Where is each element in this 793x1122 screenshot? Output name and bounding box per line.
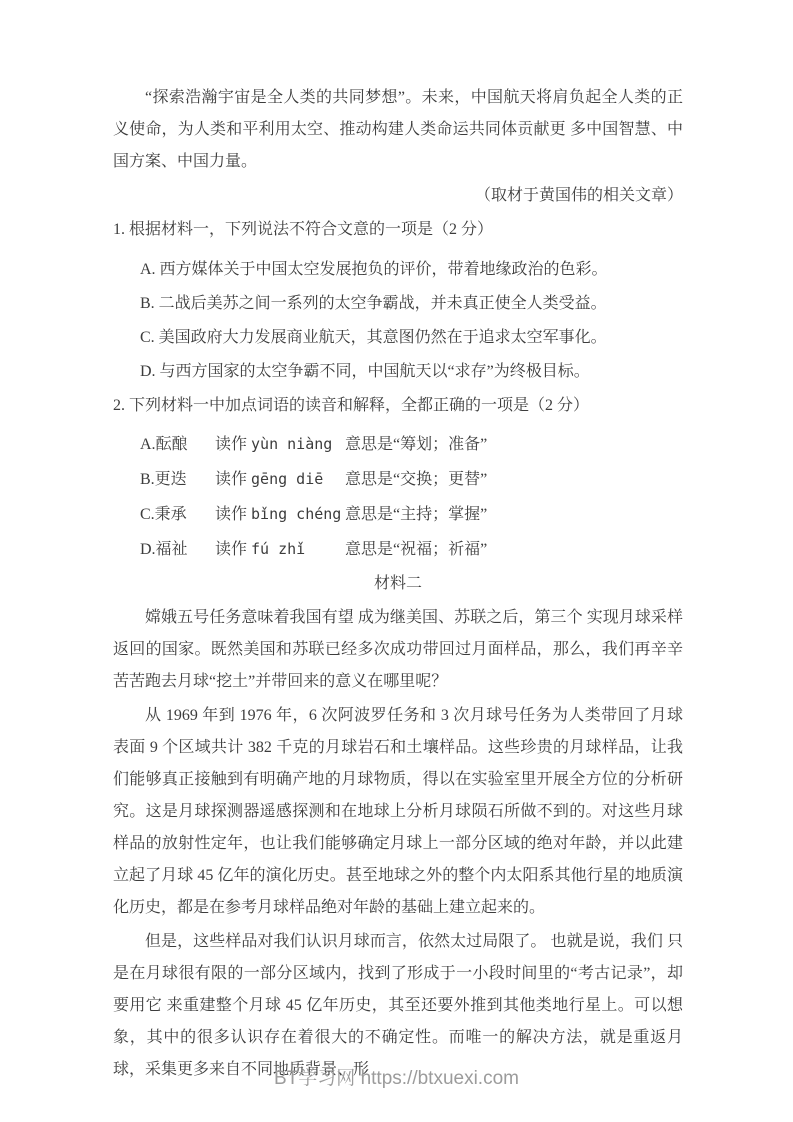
option-reading: 读作 gēng diē: [215, 463, 345, 496]
question-2-options: A.酝酿读作 yùn niàng意思是“筹划；准备” B.更迭读作 gēng d…: [113, 428, 683, 566]
option-word: D.福祉: [140, 534, 215, 566]
question-1-option-c: C. 美国政府大力发展商业航天，其意图仍然在于追求太空军事化。: [113, 322, 683, 354]
option-pinyin: yùn niàng: [251, 435, 332, 453]
document-body: “探索浩瀚宇宙是全人类的共同梦想”。未来，中国航天将肩负起全人类的正义使命，为人…: [113, 82, 683, 1086]
question-2-option-d: D.福祉读作 fú zhǐ意思是“祝福；祈福”: [113, 533, 683, 566]
option-reading: 读作 fú zhǐ: [215, 533, 345, 566]
question-1-option-d: D. 与西方国家的太空争霸不同，中国航天以“求存”为终极目标。: [113, 356, 683, 388]
option-pinyin: fú zhǐ: [251, 540, 305, 558]
read-label: 读作: [215, 471, 247, 488]
question-2: 2. 下列材料一中加点词语的读音和解释，全都正确的一项是（2 分） A.酝酿读作…: [113, 390, 683, 566]
question-2-option-c: C.秉承读作 bǐng chéng意思是“主持；掌握”: [113, 498, 683, 531]
read-label: 读作: [215, 506, 247, 523]
option-meaning: 意思是“主持；掌握”: [345, 506, 487, 523]
question-1: 1. 根据材料一，下列说法不符合文意的一项是（2 分） A. 西方媒体关于中国太…: [113, 214, 683, 388]
question-2-option-a: A.酝酿读作 yùn niàng意思是“筹划；准备”: [113, 428, 683, 461]
material2-paragraph-2: 从 1969 年到 1976 年，6 次阿波罗任务和 3 次月球号任务为人类带回…: [113, 700, 683, 924]
material2-paragraph-3: 但是，这些样品对我们认识月球而言，依然太过局限了。 也就是说，我们 只是在月球很…: [113, 926, 683, 1086]
question-1-stem: 1. 根据材料一，下列说法不符合文意的一项是（2 分）: [113, 214, 683, 246]
read-label: 读作: [215, 541, 247, 558]
option-meaning: 意思是“祝福；祈福”: [345, 541, 487, 558]
material1-attribution: （取材于黄国伟的相关文章）: [113, 180, 683, 212]
option-reading: 读作 bǐng chéng: [215, 498, 345, 531]
question-1-option-a: A. 西方媒体关于中国太空发展抱负的评价，带着地缘政治的色彩。: [113, 254, 683, 286]
material2-paragraph-1: 嫦娥五号任务意味着我国有望 成为继美国、苏联之后，第三个 实现月球采样返回的国家…: [113, 602, 683, 698]
material2-heading: 材料二: [113, 568, 683, 600]
question-1-options: A. 西方媒体关于中国太空发展抱负的评价，带着地缘政治的色彩。 B. 二战后美苏…: [113, 254, 683, 388]
option-word: C.秉承: [140, 499, 215, 531]
question-2-option-b: B.更迭读作 gēng diē意思是“交换；更替”: [113, 463, 683, 496]
exam-paper-page: “探索浩瀚宇宙是全人类的共同梦想”。未来，中国航天将肩负起全人类的正义使命，为人…: [0, 0, 793, 1122]
option-word: A.酝酿: [140, 429, 215, 461]
question-1-option-b: B. 二战后美苏之间一系列的太空争霸战，并未真正使全人类受益。: [113, 288, 683, 320]
material1-closing-paragraph: “探索浩瀚宇宙是全人类的共同梦想”。未来，中国航天将肩负起全人类的正义使命，为人…: [113, 82, 683, 178]
option-reading: 读作 yùn niàng: [215, 428, 345, 461]
question-2-stem: 2. 下列材料一中加点词语的读音和解释，全都正确的一项是（2 分）: [113, 390, 683, 422]
option-pinyin: bǐng chéng: [251, 505, 341, 523]
read-label: 读作: [215, 436, 247, 453]
site-watermark: BT学习网 https://btxuexi.com: [0, 1063, 793, 1090]
option-word: B.更迭: [140, 464, 215, 496]
option-meaning: 意思是“筹划；准备”: [345, 436, 487, 453]
option-meaning: 意思是“交换；更替”: [345, 471, 487, 488]
option-pinyin: gēng diē: [251, 470, 323, 488]
